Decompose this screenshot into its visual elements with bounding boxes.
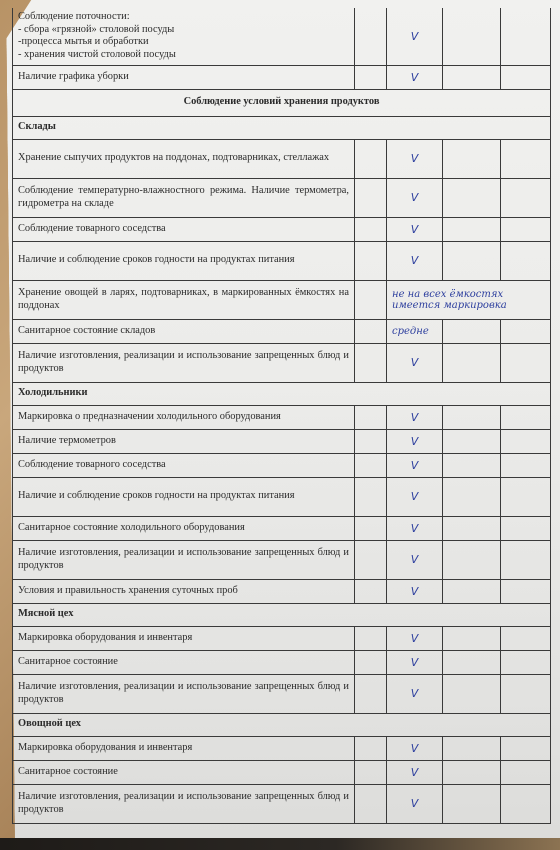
item-description: Наличие графика уборки: [13, 65, 355, 89]
empty-cell: [443, 650, 501, 674]
item-description: Наличие изготовления, реализации и испол…: [13, 343, 355, 382]
checkmark-cell: V: [387, 540, 443, 579]
handwritten-note: средне: [387, 319, 443, 343]
checkmark-cell: V: [387, 217, 443, 241]
item-description: Соблюдение товарного соседства: [13, 217, 355, 241]
empty-cell: [443, 241, 501, 280]
section-header-row: Холодильники: [13, 382, 551, 405]
empty-cell: [443, 178, 501, 217]
empty-cell: [355, 178, 387, 217]
checkmark-cell: V: [387, 516, 443, 540]
empty-cell: [443, 736, 501, 760]
checklist-row: Маркировка оборудования и инвентаряV: [13, 736, 551, 760]
empty-cell: [355, 217, 387, 241]
empty-cell: [501, 139, 551, 178]
empty-cell: [501, 784, 551, 823]
checkmark-cell: V: [387, 343, 443, 382]
item-description: Хранение овощей в ларях, подтоварниках, …: [13, 280, 355, 319]
checklist-row: Хранение сыпучих продуктов на поддонах, …: [13, 139, 551, 178]
empty-cell: [355, 736, 387, 760]
item-description: Наличие и соблюдение сроков годности на …: [13, 477, 355, 516]
empty-cell: [501, 540, 551, 579]
empty-cell: [501, 241, 551, 280]
checklist-row: Наличие изготовления, реализации и испол…: [13, 540, 551, 579]
item-description: Соблюдение поточности:- сбора «грязной» …: [13, 8, 355, 65]
handwritten-note: не на всех ёмкостях имеется маркировка: [387, 280, 551, 319]
dark-surface-edge: [0, 838, 560, 850]
checkmark-cell: V: [387, 178, 443, 217]
empty-cell: [355, 8, 387, 65]
checklist-row: Наличие изготовления, реализации и испол…: [13, 674, 551, 713]
checklist-table: Соблюдение поточности:- сбора «грязной» …: [12, 8, 551, 824]
empty-cell: [355, 626, 387, 650]
item-description: Наличие и соблюдение сроков годности на …: [13, 241, 355, 280]
empty-cell: [501, 650, 551, 674]
section-title: Овощной цех: [13, 713, 551, 736]
checklist-row: Санитарное состояниеV: [13, 760, 551, 784]
empty-cell: [501, 8, 551, 65]
empty-cell: [443, 516, 501, 540]
empty-cell: [501, 343, 551, 382]
empty-cell: [501, 626, 551, 650]
checklist-row: Хранение овощей в ларях, подтоварниках, …: [13, 280, 551, 319]
main-heading: Соблюдение условий хранения продуктов: [13, 89, 551, 116]
empty-cell: [443, 319, 501, 343]
checkmark-cell: V: [387, 405, 443, 429]
empty-cell: [443, 784, 501, 823]
empty-cell: [501, 477, 551, 516]
empty-cell: [501, 453, 551, 477]
empty-cell: [355, 139, 387, 178]
empty-cell: [501, 429, 551, 453]
main-heading-row: Соблюдение условий хранения продуктов: [13, 89, 551, 116]
empty-cell: [355, 477, 387, 516]
empty-cell: [355, 319, 387, 343]
checklist-row: Наличие и соблюдение сроков годности на …: [13, 241, 551, 280]
checkmark-cell: V: [387, 8, 443, 65]
checklist-row: Условия и правильность хранения суточных…: [13, 579, 551, 603]
checkmark-cell: V: [387, 139, 443, 178]
empty-cell: [443, 8, 501, 65]
checklist-row: Наличие изготовления, реализации и испол…: [13, 784, 551, 823]
checklist-row: Соблюдение товарного соседстваV: [13, 453, 551, 477]
empty-cell: [443, 540, 501, 579]
item-description: Маркировка оборудования и инвентаря: [13, 736, 355, 760]
item-description: Маркировка оборудования и инвентаря: [13, 626, 355, 650]
empty-cell: [355, 516, 387, 540]
checklist-row: Соблюдение температурно-влажностного реж…: [13, 178, 551, 217]
empty-cell: [501, 516, 551, 540]
checkmark-cell: V: [387, 736, 443, 760]
checkmark-cell: V: [387, 65, 443, 89]
item-description: Соблюдение температурно-влажностного реж…: [13, 178, 355, 217]
checklist-row: Маркировка оборудования и инвентаряV: [13, 626, 551, 650]
empty-cell: [355, 674, 387, 713]
empty-cell: [501, 736, 551, 760]
section-title: Холодильники: [13, 382, 551, 405]
empty-cell: [443, 217, 501, 241]
checklist-row: Маркировка о предназначении холодильного…: [13, 405, 551, 429]
empty-cell: [443, 626, 501, 650]
item-description: Маркировка о предназначении холодильного…: [13, 405, 355, 429]
checklist-row: Санитарное состояние холодильного оборуд…: [13, 516, 551, 540]
empty-cell: [501, 760, 551, 784]
checkmark-cell: V: [387, 241, 443, 280]
item-description: Наличие термометров: [13, 429, 355, 453]
empty-cell: [443, 477, 501, 516]
empty-cell: [443, 405, 501, 429]
empty-cell: [355, 429, 387, 453]
empty-cell: [355, 65, 387, 89]
checkmark-cell: V: [387, 760, 443, 784]
empty-cell: [501, 579, 551, 603]
checkmark-cell: V: [387, 453, 443, 477]
empty-cell: [501, 65, 551, 89]
checklist-body: Соблюдение поточности:- сбора «грязной» …: [13, 8, 551, 823]
empty-cell: [501, 178, 551, 217]
item-description: Наличие изготовления, реализации и испол…: [13, 674, 355, 713]
item-description: Санитарное состояние: [13, 760, 355, 784]
checkmark-cell: V: [387, 650, 443, 674]
item-description: Наличие изготовления, реализации и испол…: [13, 784, 355, 823]
empty-cell: [443, 453, 501, 477]
checklist-row: Наличие изготовления, реализации и испол…: [13, 343, 551, 382]
empty-cell: [355, 650, 387, 674]
empty-cell: [355, 343, 387, 382]
empty-cell: [355, 453, 387, 477]
item-description: Санитарное состояние: [13, 650, 355, 674]
item-description: Хранение сыпучих продуктов на поддонах, …: [13, 139, 355, 178]
empty-cell: [355, 280, 387, 319]
item-description: Соблюдение товарного соседства: [13, 453, 355, 477]
item-description: Наличие изготовления, реализации и испол…: [13, 540, 355, 579]
item-description: Санитарное состояние холодильного оборуд…: [13, 516, 355, 540]
empty-cell: [501, 217, 551, 241]
empty-cell: [443, 674, 501, 713]
section-header-row: Мясной цех: [13, 603, 551, 626]
checklist-row: Санитарное состояниеV: [13, 650, 551, 674]
checkmark-cell: V: [387, 626, 443, 650]
empty-cell: [355, 784, 387, 823]
section-title: Склады: [13, 116, 551, 139]
checkmark-cell: V: [387, 784, 443, 823]
empty-cell: [355, 760, 387, 784]
empty-cell: [501, 319, 551, 343]
empty-cell: [501, 674, 551, 713]
empty-cell: [355, 579, 387, 603]
empty-cell: [443, 139, 501, 178]
checklist-row: Наличие термометровV: [13, 429, 551, 453]
empty-cell: [355, 405, 387, 429]
empty-cell: [501, 405, 551, 429]
empty-cell: [355, 540, 387, 579]
empty-cell: [443, 429, 501, 453]
checkmark-cell: V: [387, 429, 443, 453]
item-description: Условия и правильность хранения суточных…: [13, 579, 355, 603]
empty-cell: [443, 65, 501, 89]
empty-cell: [443, 760, 501, 784]
checkmark-cell: V: [387, 477, 443, 516]
checklist-row: Наличие графика уборкиV: [13, 65, 551, 89]
empty-cell: [443, 579, 501, 603]
checklist-row: Соблюдение поточности:- сбора «грязной» …: [13, 8, 551, 65]
section-title: Мясной цех: [13, 603, 551, 626]
checklist-row: Санитарное состояние складовсредне: [13, 319, 551, 343]
section-header-row: Овощной цех: [13, 713, 551, 736]
empty-cell: [443, 343, 501, 382]
section-header-row: Склады: [13, 116, 551, 139]
empty-cell: [355, 241, 387, 280]
checklist-row: Наличие и соблюдение сроков годности на …: [13, 477, 551, 516]
checkmark-cell: V: [387, 674, 443, 713]
checkmark-cell: V: [387, 579, 443, 603]
item-description: Санитарное состояние складов: [13, 319, 355, 343]
checklist-row: Соблюдение товарного соседстваV: [13, 217, 551, 241]
